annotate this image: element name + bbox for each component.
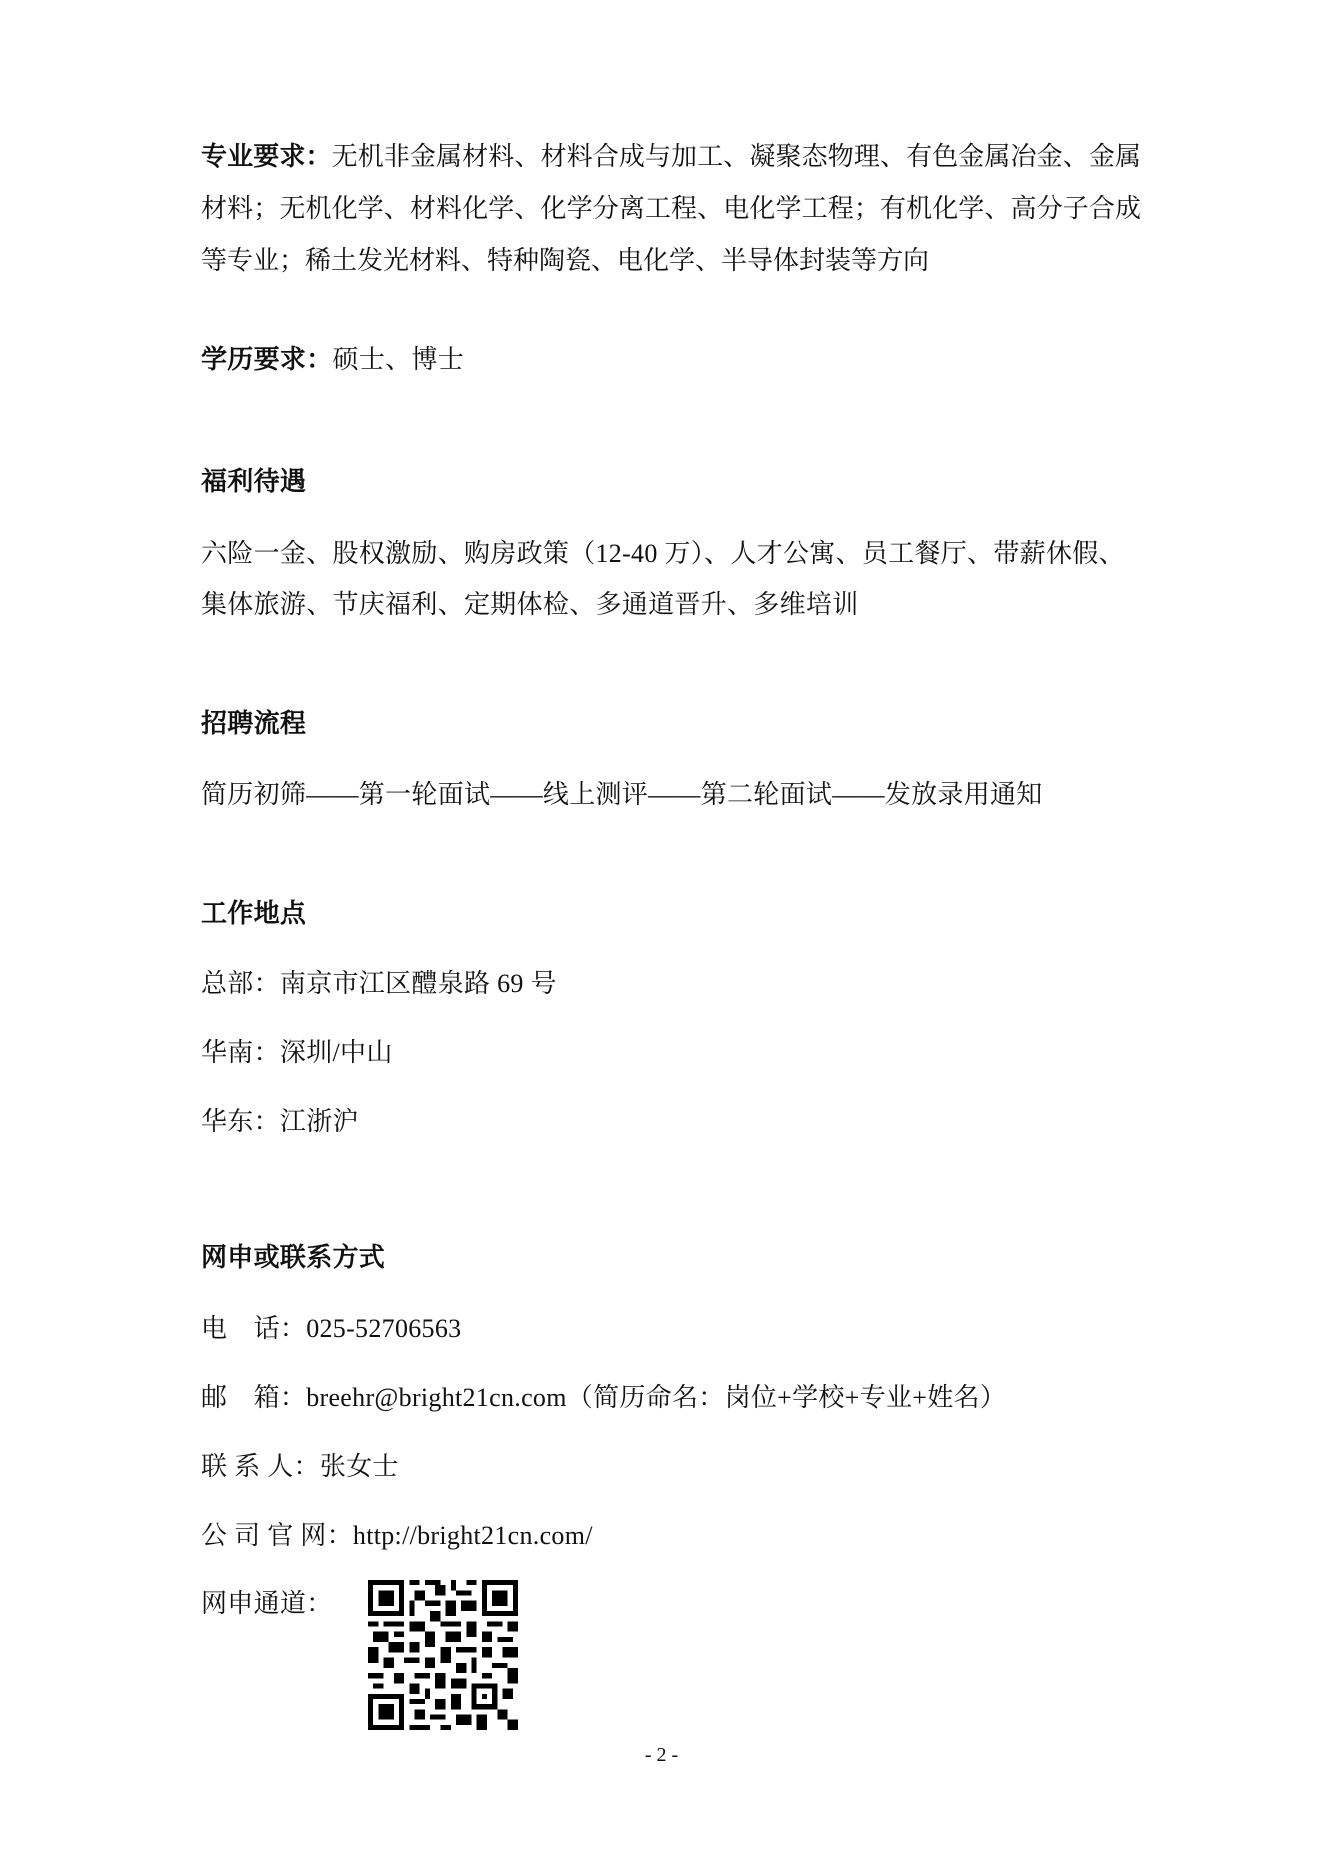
contact-person: 联 系 人：张女士: [201, 1452, 399, 1482]
location-hq: 总部：南京市江区醴泉路 69 号: [201, 969, 557, 999]
process-heading: 招聘流程: [201, 709, 306, 739]
contact-heading: 网申或联系方式: [201, 1243, 385, 1273]
major-requirements: 专业要求：无机非金属材料、材料合成与加工、凝聚态物理、有色金属冶金、金属材料；无…: [201, 131, 1141, 287]
email-label: 邮 箱：: [201, 1383, 306, 1412]
location-value: 深圳/中山: [280, 1038, 393, 1067]
major-text: 无机非金属材料、材料合成与加工、凝聚态物理、有色金属冶金、金属材料；无机化学、材…: [201, 142, 1141, 275]
location-label: 华南：: [201, 1038, 280, 1067]
website-link[interactable]: http://bright21cn.com/: [353, 1521, 593, 1550]
benefits-line-2: 集体旅游、节庆福利、定期体检、多通道晋升、多维培训: [201, 590, 859, 620]
education-requirements: 学历要求：硕士、博士: [201, 345, 464, 375]
location-east: 华东：江浙沪: [201, 1107, 359, 1137]
location-label: 总部：: [201, 969, 280, 998]
major-label: 专业要求：: [201, 142, 332, 171]
location-south: 华南：深圳/中山: [201, 1038, 393, 1068]
contact-website: 公 司 官 网：http://bright21cn.com/: [201, 1521, 593, 1551]
education-text: 硕士、博士: [333, 345, 465, 374]
person-value: 张女士: [320, 1452, 399, 1481]
location-value: 江浙沪: [280, 1107, 359, 1136]
benefits-heading: 福利待遇: [201, 467, 306, 497]
email-note: （简历命名：岗位+学校+专业+姓名）: [567, 1383, 1006, 1412]
page-number: - 2 -: [0, 1744, 1323, 1767]
phone-value: 025-52706563: [306, 1314, 461, 1343]
website-label: 公 司 官 网：: [201, 1521, 353, 1550]
locations-heading: 工作地点: [201, 899, 306, 929]
person-label: 联 系 人：: [201, 1452, 320, 1481]
contact-email: 邮 箱：breehr@bright21cn.com（简历命名：岗位+学校+专业+…: [201, 1383, 1006, 1413]
contact-phone: 电 话：025-52706563: [201, 1314, 461, 1344]
location-label: 华东：: [201, 1107, 280, 1136]
qr-code-icon[interactable]: [368, 1580, 518, 1730]
email-link[interactable]: breehr@bright21cn.com: [306, 1383, 567, 1412]
benefits-line-1: 六险一金、股权激励、购房政策（12-40 万）、人才公寓、员工餐厅、带薪休假、: [201, 539, 1125, 569]
location-value: 南京市江区醴泉路 69 号: [280, 969, 557, 998]
process-text: 简历初筛——第一轮面试——线上测评——第二轮面试——发放录用通知: [201, 780, 1043, 810]
phone-label: 电 话：: [201, 1314, 306, 1343]
apply-channel-label: 网申通道：: [201, 1589, 333, 1619]
education-label: 学历要求：: [201, 345, 333, 374]
